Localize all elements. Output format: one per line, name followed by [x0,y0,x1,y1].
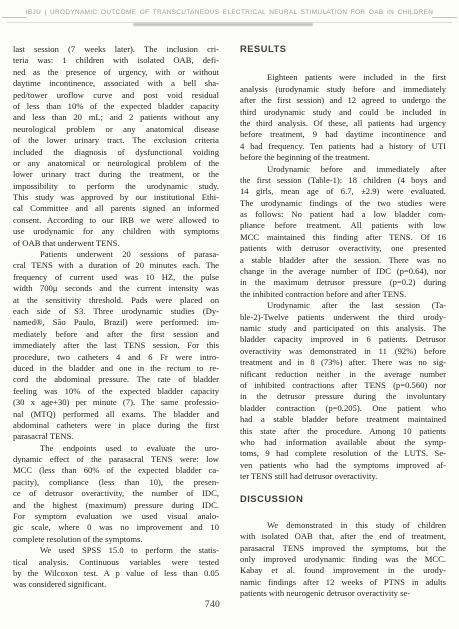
text-line: with isolated OAB that, after the end of… [240,531,446,542]
text-line: toms, 9 had complete resolution of the L… [240,448,446,459]
text-line: We demonstrated in this study of childre… [240,520,446,531]
text-line: and less than 20 mL; and 2 patients with… [13,112,219,123]
header-left-rule [2,17,27,18]
text-line: namic findings after 12 weeks of PTNS in… [240,577,446,588]
text-line: cral TENS with a duration of 20 minutes … [13,260,219,271]
text-line: and the highest (maximum) pressure durin… [13,500,219,511]
paragraph: last session (7 weeks later). The inclus… [13,44,219,249]
text-line: of OAB that underwent TENS. [13,238,219,249]
paper-page: IBJU | URODYNAMIC OUTCOME OF TRANSCUTANE… [0,0,459,629]
text-line: the third analysis. Of these, all patien… [240,118,446,129]
text-line: The endpoints used to evaluate the uro- [13,443,219,454]
text-line: consent. According to our IRB we were al… [13,215,219,226]
text-line: of less than 10% of the expected bladder… [13,101,219,112]
text-line: complete resolution of the symptoms. [13,534,219,545]
text-line: impossibility to perform the urodynamic … [13,181,219,192]
text-line: namic study and participated on this ana… [240,323,446,334]
text-line: cord the abdominal pressure. The rate of… [13,374,219,385]
text-line: parasacral TENS. [13,431,219,442]
text-line: cal Committee and all parents signed an … [13,203,219,214]
text-line: before the beginning of the treatment. [240,152,446,163]
paragraph: We demonstrated in this study of childre… [240,520,446,600]
text-line: at the sensitivity threshold. Pads were … [13,295,219,306]
text-line: Kabay et al. found improvement in the ur… [240,565,446,576]
text-line: nificant reduction neither in the averag… [240,369,446,380]
text-line: before treatment, 9 had daytime incontin… [240,129,446,140]
text-line: in the detrusor pressure during the invo… [240,391,446,402]
text-line: abdominal catheters were in place during… [13,420,219,431]
text-line: named®, São Paulo, Brazil) were performe… [13,317,219,328]
text-line: pacity), compliance (less than 10), the … [13,477,219,488]
text-line: of the lower urinary tract. The exclusio… [13,135,219,146]
text-line: patients with neurogenic detrusor overac… [240,588,446,599]
text-line: procedure, two catheters 4 and 6 Fr were… [13,352,219,363]
text-line: Urodynamic after the last session (Ta- [240,300,446,311]
text-line: as follows: No patient had a low bladder… [240,209,446,220]
text-line: tical analysis. Continuous variables wer… [13,557,219,568]
text-line: duced in the bladder and one in the rect… [13,363,219,374]
text-line: ble-2)-Twelve patients underwent the thi… [240,312,446,323]
column-right: RESULTSEighteen patients were included i… [240,44,446,600]
text-line: had a stable bladder before treatment ma… [240,414,446,425]
header-right-rule [432,17,457,18]
text-line: daytime incontinence, associated with a … [13,78,219,89]
text-line: MCC (less than 60% of the expected bladd… [13,465,219,476]
text-line: teria was: 1 children with isolated OAB,… [13,55,219,66]
text-line: immediately after the last TENS session.… [13,340,219,351]
text-line: (30 x age+30) per minute (7). The same p… [13,397,219,408]
text-line: width 700μ seconds and the current inten… [13,283,219,294]
text-line: dynamic effect of the parasacral TENS we… [13,454,219,465]
text-line: gic scale, where 0 was no improvement an… [13,522,219,533]
text-line: third urodynamic study and could be incl… [240,107,446,118]
text-line: neurological problem or any anatomical d… [13,124,219,135]
text-line: pliance before treatment. All patients w… [240,220,446,231]
paragraph: Patients underwent 20 sessions of parasa… [13,249,219,443]
text-line: of inhibited contractions after TENS (p=… [240,380,446,391]
text-line: this state after the procedure. Among 10… [240,426,446,437]
section-heading-discussion: DISCUSSION [240,494,446,505]
paragraph: The endpoints used to evaluate the uro-d… [13,443,219,546]
text-line: ter TENS still had detrusor overactivity… [240,471,446,482]
paragraph: Eighteen patients were included in the f… [240,72,446,163]
text-line: overactivity was demonstrated in 11 (92%… [240,346,446,357]
text-line: last session (7 weeks later). The inclus… [13,44,219,55]
text-line: by the Wilcoxon test. A p value of less … [13,568,219,579]
text-line: We used SPSS 15.0 to perform the statis- [13,545,219,556]
text-line: after the first session) and 12 agreed t… [240,95,446,106]
text-line: each side of S3. Three urodynamic studie… [13,306,219,317]
text-line: ce of detrusor overactivity, the number … [13,488,219,499]
running-head: IBJU | URODYNAMIC OUTCOME OF TRANSCUTANE… [0,9,459,16]
text-line: use urodynamic for any children with sym… [13,226,219,237]
text-line: the first session (Table-1): 18 children… [240,175,446,186]
text-line: This study was approved by our instituti… [13,192,219,203]
text-line: ned as the presence of urgency, with or … [13,67,219,78]
text-line: bladder contraction (p=0.205). One patie… [240,403,446,414]
column-left: last session (7 weeks later). The inclus… [13,44,219,591]
text-line: included the diagnosis of dysfunctional … [13,147,219,158]
paragraph: We used SPSS 15.0 to perform the statis-… [13,545,219,591]
text-line: parasacral TENS improved the symptoms, b… [240,543,446,554]
text-line: Patients underwent 20 sessions of parasa… [13,249,219,260]
page-number: 740 [0,600,425,610]
section-heading-results: RESULTS [240,44,446,55]
text-line: 14 girls, mean age of 6.7, ±2.9) were ev… [240,186,446,197]
paragraph: Urodynamic before and immediately aftert… [240,164,446,301]
text-line: frequency of current used was 10 HZ, the… [13,272,219,283]
text-line: The urodynamic findings of the two studi… [240,198,446,209]
text-line: ped/tower uroflow curve and post void re… [13,90,219,101]
text-line: feeling was 10% of the expected bladder … [13,386,219,397]
text-line: analysis (urodynamic study before and im… [240,84,446,95]
text-line: Eighteen patients were included in the f… [240,72,446,83]
header-rule-shadow [133,23,313,26]
text-line: Urodynamic before and immediately after [240,164,446,175]
text-line: who had information available about the … [240,437,446,448]
paragraph: Urodynamic after the last session (Ta-bl… [240,300,446,482]
text-line: MCC maintained this finding after TENS. … [240,232,446,243]
text-line: treatment and in 8 (73%) after. There wa… [240,357,446,368]
text-line: in the maximum detrusor pressure (p=0.2)… [240,277,446,288]
text-line: patients with detrusor overactivity, one… [240,243,446,254]
text-line: 4 had frequency. Ten patients had a hist… [240,141,446,152]
text-line: change in the average number of IDC (p=0… [240,266,446,277]
text-line: ven patients who had the symptoms improv… [240,460,446,471]
text-line: For symptom evaluation we used visual an… [13,511,219,522]
text-line: was considered significant. [13,579,219,590]
text-line: mediately before and after the first ses… [13,329,219,340]
text-line: the inhibited contraction before and aft… [240,289,446,300]
text-line: bladder capacity improved in 6 patients.… [240,334,446,345]
text-line: lower urinary tract during the treatment… [13,169,219,180]
text-line: or any anatomical or neurological proble… [13,158,219,169]
text-line: a stable bladder after the session. Ther… [240,255,446,266]
text-line: only improved urodynamic finding was the… [240,554,446,565]
text-line: nal (MTQ) performed all exams. The bladd… [13,409,219,420]
